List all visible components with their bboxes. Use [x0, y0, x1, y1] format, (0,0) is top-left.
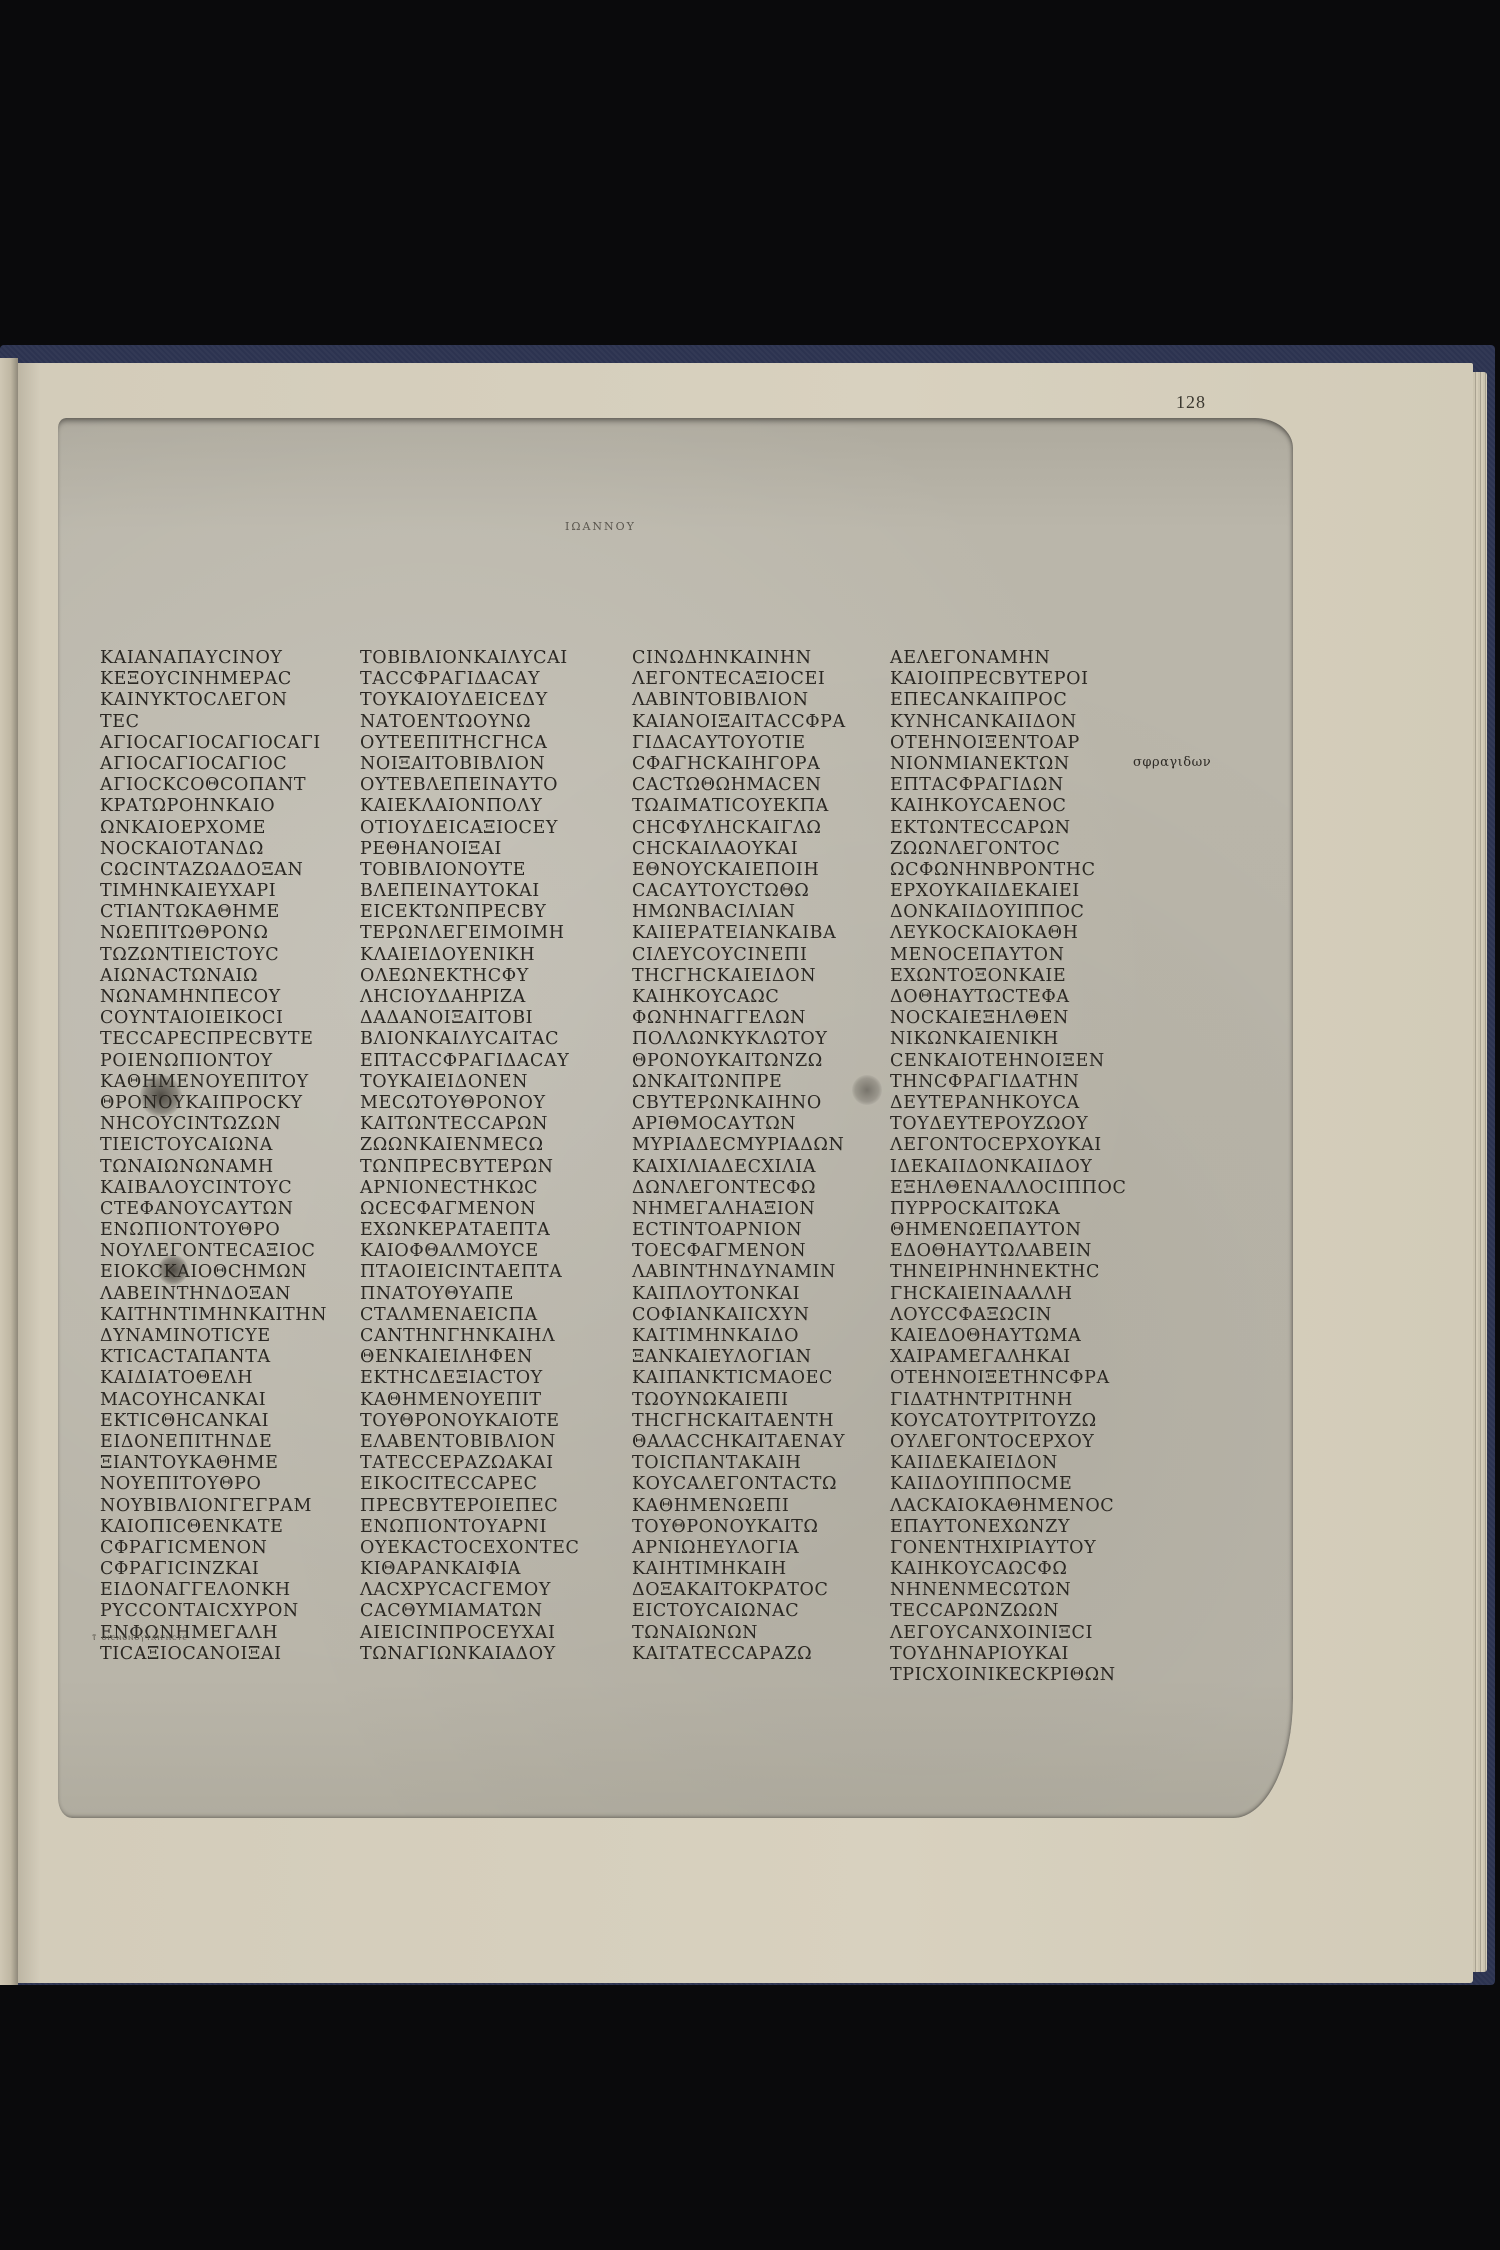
- manuscript-line: ΤΟΕϹΦΑΓΜΕΝΟΝ: [632, 1241, 882, 1262]
- manuscript-line: ΑΡΙΘΜΟϹΑΥΤΩΝ: [632, 1114, 882, 1135]
- manuscript-line: ΞΑΝΚΑΙΕΥΛΟΓΙΑΝ: [632, 1347, 882, 1368]
- manuscript-line: ΙΔΕΚΑΙΙΔΟΝΚΑΙΙΔΟΥ: [890, 1157, 1140, 1178]
- manuscript-line: ΤΟΒΙΒΛΙΟΝΟΥΤΕ: [360, 860, 610, 881]
- manuscript-line: ΚΟΥϹΑΤΟΥΤΡΙΤΟΥΖΩ: [890, 1411, 1140, 1432]
- manuscript-line: ΜΕΝΟϹΕΠΑΥΤΟΝ: [890, 945, 1140, 966]
- manuscript-line: ΕΚΤΗϹΔΕΞΙΑϹΤΟΥ: [360, 1368, 610, 1389]
- manuscript-line: ΑΕΛΕΓΟΝΑΜΗΝ: [890, 648, 1140, 669]
- manuscript-line: ΕΘΝΟΥϹΚΑΙΕΠΟΙΗ: [632, 860, 882, 881]
- manuscript-line: ΠΤΑΟΙΕΙϹΙΝΤΑΕΠΤΑ: [360, 1262, 610, 1283]
- manuscript-line: ΤΩΝΠΡΕϹΒΥΤΕΡΩΝ: [360, 1157, 610, 1178]
- manuscript-line: ΟΥΤΕΕΠΙΤΗϹΓΗϹΑ: [360, 733, 610, 754]
- manuscript-line: ΝΙΚΩΝΚΑΙΕΝΙΚΗ: [890, 1029, 1140, 1050]
- manuscript-line: ΜΑϹΟΥΗϹΑΝΚΑΙ: [100, 1390, 350, 1411]
- manuscript-line: ΘΡΟΝΟΥΚΑΙΤΩΝΖΩ: [632, 1051, 882, 1072]
- manuscript-line: ϹΟΦΙΑΝΚΑΙΙϹΧΥΝ: [632, 1305, 882, 1326]
- manuscript-line: ΛΕΓΟΝΤΟϹΕΡΧΟΥΚΑΙ: [890, 1135, 1140, 1156]
- manuscript-line: ΟΛΕΩΝΕΚΤΗϹΦΥ: [360, 966, 610, 987]
- manuscript-line: ΠΡΕϹΒΥΤΕΡΟΙΕΠΕϹ: [360, 1496, 610, 1517]
- manuscript-line: ΚΥΝΗϹΑΝΚΑΙΙΔΟΝ: [890, 712, 1140, 733]
- manuscript-line: ΚΑΙΕΔΟΘΗΑΥΤΩΜΑ: [890, 1326, 1140, 1347]
- manuscript-line: ΕΝΩΠΙΟΝΤΟΥΘΡΟ: [100, 1220, 350, 1241]
- manuscript-line: ΚΑΙΤΗΝΤΙΜΗΝΚΑΙΤΗΝ: [100, 1305, 350, 1326]
- manuscript-line: ΚΑΙΝΥΚΤΟϹΛΕΓΟΝ: [100, 690, 350, 711]
- manuscript-line: ΓΙΔΑϹΑΥΤΟΥΟΤΙΕ: [632, 733, 882, 754]
- manuscript-line: ΝΟΥΒΙΒΛΙΟΝΓΕΓΡΑΜ: [100, 1496, 350, 1517]
- text-column-2: ΤΟΒΙΒΛΙΟΝΚΑΙΛΥϹΑΙΤΑϹϹΦΡΑΓΙΔΑϹΑΥΤΟΥΚΑΙΟΥΔ…: [360, 648, 610, 1665]
- manuscript-line: ΤΗϹΓΗϹΚΑΙΤΑΕΝΤΗ: [632, 1411, 882, 1432]
- manuscript-line: ΞΙΑΝΤΟΥΚΑΘΗΜΕ: [100, 1453, 350, 1474]
- manuscript-line: ΚΑΙΑΝΑΠΑΥϹΙΝΟΥ: [100, 648, 350, 669]
- manuscript-line: ϹΤΑΛΜΕΝΑΕΙϹΠΑ: [360, 1305, 610, 1326]
- manuscript-line: ΛΑΒΙΝΤΗΝΔΥΝΑΜΙΝ: [632, 1262, 882, 1283]
- manuscript-line: ΡΥϹϹΟΝΤΑΙϹΧΥΡΟΝ: [100, 1601, 350, 1622]
- manuscript-line: ΟΤΕΗΝΟΙΞΕΝΤΟΑΡ: [890, 733, 1140, 754]
- manuscript-line: ΛΑϹΧΡΥϹΑϹΓΕΜΟΥ: [360, 1580, 610, 1601]
- manuscript-line: ΝΙΟΝΜΙΑΝΕΚΤΩΝ: [890, 754, 1140, 775]
- manuscript-line: ϹΑΝΤΗΝΓΗΝΚΑΙΗΛ: [360, 1326, 610, 1347]
- ink-blot-stain: [852, 1075, 882, 1105]
- ink-blot-stain: [158, 1255, 188, 1285]
- manuscript-line: ϹΤΕΦΑΝΟΥϹΑΥΤΩΝ: [100, 1199, 350, 1220]
- manuscript-line: ΘΗΜΕΝΩΕΠΑΥΤΟΝ: [890, 1220, 1140, 1241]
- manuscript-line: ΓΗϹΚΑΙΕΙΝΑΑΛΛΗ: [890, 1284, 1140, 1305]
- manuscript-line: ΝΩΝΑΜΗΝΠΕϹΟΥ: [100, 987, 350, 1008]
- manuscript-line: ΕΙΔΟΝΕΠΙΤΗΝΔΕ: [100, 1432, 350, 1453]
- manuscript-line: ΕΚΤΩΝΤΕϹϹΑΡΩΝ: [890, 818, 1140, 839]
- manuscript-line: ΕΛΑΒΕΝΤΟΒΙΒΛΙΟΝ: [360, 1432, 610, 1453]
- manuscript-line: ΛΕΓΟΝΤΕϹΑΞΙΟϹΕΙ: [632, 669, 882, 690]
- manuscript-line: ΗΜΩΝΒΑϹΙΛΙΑΝ: [632, 902, 882, 923]
- manuscript-line: ΤΗϹΓΗϹΚΑΙΕΙΔΟΝ: [632, 966, 882, 987]
- manuscript-line: ΕΧΩΝΤΟΞΟΝΚΑΙΕ: [890, 966, 1140, 987]
- manuscript-line: ΛΑΒΙΝΤΟΒΙΒΛΙΟΝ: [632, 690, 882, 711]
- manuscript-line: ΤΙΕΙϹΤΟΥϹΑΙΩΝΑ: [100, 1135, 350, 1156]
- text-column-3: ϹΙΝΩΔΗΝΚΑΙΝΗΝΛΕΓΟΝΤΕϹΑΞΙΟϹΕΙΛΑΒΙΝΤΟΒΙΒΛΙ…: [632, 648, 882, 1665]
- page-number: 128: [1176, 392, 1206, 413]
- manuscript-line: ΑΙΕΙϹΙΝΠΡΟϹΕΥΧΑΙ: [360, 1623, 610, 1644]
- manuscript-line: ΚΑΙΟΠΙϹΘΕΝΚΑΤΕ: [100, 1517, 350, 1538]
- manuscript-line: ΔΟΝΚΑΙΙΔΟΥΙΠΠΟϹ: [890, 902, 1140, 923]
- manuscript-line: ΧΑΙΡΑΜΕΓΑΛΗΚΑΙ: [890, 1347, 1140, 1368]
- manuscript-line: ΘΡΟΝΟΥΚΑΙΠΡΟϹΚΥ: [100, 1093, 350, 1114]
- manuscript-line: ΕΙϹΤΟΥϹΑΙΩΝΑϹ: [632, 1601, 882, 1622]
- manuscript-line: ϹΙΛΕΥϹΟΥϹΙΝΕΠΙ: [632, 945, 882, 966]
- manuscript-line: ΕΙΔΟΝΑΓΓΕΛΟΝΚΗ: [100, 1580, 350, 1601]
- running-title: ΙΩΑΝΝΟΥ: [565, 520, 636, 533]
- manuscript-line: ΕΠΕϹΑΝΚΑΙΠΡΟϹ: [890, 690, 1140, 711]
- manuscript-line: ΔΟΘΗΑΥΤΩϹΤΕΦΑ: [890, 987, 1140, 1008]
- manuscript-line: ΕϹΤΙΝΤΟΑΡΝΙΟΝ: [632, 1220, 882, 1241]
- manuscript-line: ΤΟΥΚΑΙΕΙΔΟΝΕΝ: [360, 1072, 610, 1093]
- manuscript-line: ΤΩΟΥΝΩΚΑΙΕΠΙ: [632, 1390, 882, 1411]
- manuscript-line: ΝΗΝΕΝΜΕϹΩΤΩΝ: [890, 1580, 1140, 1601]
- manuscript-line: ΤΕϹϹΑΡΕϹΠΡΕϹΒΥΤΕ: [100, 1029, 350, 1050]
- manuscript-line: ΤΩΝΑΙΩΝΩΝ: [632, 1623, 882, 1644]
- manuscript-line: ΤΕΡΩΝΛΕΓΕΙΜΟΙΜΗ: [360, 923, 610, 944]
- manuscript-line: ΚΑΙΕΚΛΑΙΟΝΠΟΛΥ: [360, 796, 610, 817]
- manuscript-line: ϹΑϹΘΥΜΙΑΜΑΤΩΝ: [360, 1601, 610, 1622]
- manuscript-line: ΤΩΑΙΜΑΤΙϹΟΥΕΚΠΑ: [632, 796, 882, 817]
- manuscript-line: ΜΥΡΙΑΔΕϹΜΥΡΙΑΔΩΝ: [632, 1135, 882, 1156]
- manuscript-line: ΤΩΝΑΓΙΩΝΚΑΙΑΔΟΥ: [360, 1644, 610, 1665]
- manuscript-line: ΑΙΩΝΑϹΤΩΝΑΙΩ: [100, 966, 350, 987]
- manuscript-line: ϹΙΝΩΔΗΝΚΑΙΝΗΝ: [632, 648, 882, 669]
- manuscript-line: ΓΙΔΑΤΗΝΤΡΙΤΗΝΗ: [890, 1390, 1140, 1411]
- manuscript-line: ΚΑΙΗΚΟΥϹΑΕΝΟϹ: [890, 796, 1140, 817]
- manuscript-line: ΕΙΟΚϹΚΑΙΟΘϹΗΜΩΝ: [100, 1262, 350, 1283]
- manuscript-line: ΛΗϹΙΟΥΔΑΗΡΙΖΑ: [360, 987, 610, 1008]
- manuscript-line: ΤΙΜΗΝΚΑΙΕΥΧΑΡΙ: [100, 881, 350, 902]
- manuscript-line: ΩΝΚΑΙΟΕΡΧΟΜΕ: [100, 818, 350, 839]
- manuscript-line: ΚΑΙΒΑΛΟΥϹΙΝΤΟΥϹ: [100, 1178, 350, 1199]
- manuscript-line: ϹΑϹΤΩΘΩΗΜΑϹΕΝ: [632, 775, 882, 796]
- text-column-1: ΚΑΙΑΝΑΠΑΥϹΙΝΟΥΚΕΞΟΥϹΙΝΗΜΕΡΑϹΚΑΙΝΥΚΤΟϹΛΕΓ…: [100, 648, 350, 1665]
- manuscript-line: ϹΤΙΑΝΤΩΚΑΘΗΜΕ: [100, 902, 350, 923]
- manuscript-line: ϹΦΡΑΓΙϹΙΝΖΚΑΙ: [100, 1559, 350, 1580]
- manuscript-line: ΤΕϹϹΑΡΩΝΖΩΩΝ: [890, 1601, 1140, 1622]
- manuscript-line: ΤΕϹ: [100, 712, 350, 733]
- manuscript-line: ΚΕΞΟΥϹΙΝΗΜΕΡΑϹ: [100, 669, 350, 690]
- ink-blot-stain: [140, 1075, 182, 1117]
- manuscript-line: ΟΤΙΟΥΔΕΙϹΑΞΙΟϹΕΥ: [360, 818, 610, 839]
- manuscript-line: ΑΓΙΟϹΚϹΟΘϹΟΠΑΝΤ: [100, 775, 350, 796]
- manuscript-line: ΕΙΚΟϹΙΤΕϹϹΑΡΕϹ: [360, 1474, 610, 1495]
- manuscript-line: ΘΕΝΚΑΙΕΙΛΗΦΕΝ: [360, 1347, 610, 1368]
- text-column-4: ΑΕΛΕΓΟΝΑΜΗΝΚΑΙΟΙΠΡΕϹΒΥΤΕΡΟΙΕΠΕϹΑΝΚΑΙΠΡΟϹ…: [890, 648, 1140, 1686]
- manuscript-line: ΤΟΙϹΠΑΝΤΑΚΑΙΗ: [632, 1453, 882, 1474]
- manuscript-line: ΝΟΙΞΑΙΤΟΒΙΒΛΙΟΝ: [360, 754, 610, 775]
- manuscript-line: ΛΕΥΚΟϹΚΑΙΟΚΑΘΗ: [890, 923, 1140, 944]
- manuscript-line: ΕΙϹΕΚΤΩΝΠΡΕϹΒΥ: [360, 902, 610, 923]
- manuscript-line: ΛΟΥϹϹΦΑΞΩϹΙΝ: [890, 1305, 1140, 1326]
- manuscript-line: ΚΛΑΙΕΙΔΟΥΕΝΙΚΗ: [360, 945, 610, 966]
- manuscript-line: ϹΗϹΦΥΛΗϹΚΑΙΓΛΩ: [632, 818, 882, 839]
- manuscript-line: ΛΑϹΚΑΙΟΚΑΘΗΜΕΝΟϹ: [890, 1496, 1140, 1517]
- footnote-annotation: ⲧ̃ ⲟⲓⲉⲛⲟⲛⲟⲩⲧⲁⲓⲅⲏⲥⲧⲉ: [92, 1632, 188, 1643]
- manuscript-line: ΤΩΖΩΝΤΙΕΙϹΤΟΥϹ: [100, 945, 350, 966]
- manuscript-line: ΩϹΦΩΝΗΝΒΡΟΝΤΗϹ: [890, 860, 1140, 881]
- manuscript-line: ΡΟΙΕΝΩΠΙΟΝΤΟΥ: [100, 1051, 350, 1072]
- manuscript-line: ΚΑΘΗΜΕΝΩΕΠΙ: [632, 1496, 882, 1517]
- manuscript-line: ΖΩΩΝΚΑΙΕΝΜΕϹΩ: [360, 1135, 610, 1156]
- manuscript-line: ΚΑΙΤΩΝΤΕϹϹΑΡΩΝ: [360, 1114, 610, 1135]
- manuscript-line: ΕΠΤΑϹϹΦΡΑΓΙΔΑϹΑΥ: [360, 1051, 610, 1072]
- manuscript-line: ΔΕΥΤΕΡΑΝΗΚΟΥϹΑ: [890, 1093, 1140, 1114]
- manuscript-line: ΟΥΤΕΒΛΕΠΕΙΝΑΥΤΟ: [360, 775, 610, 796]
- manuscript-line: ΤΗΝϹΦΡΑΓΙΔΑΤΗΝ: [890, 1072, 1140, 1093]
- manuscript-line: ΒΛΕΠΕΙΝΑΥΤΟΚΑΙ: [360, 881, 610, 902]
- manuscript-line: ΕΧΩΝΚΕΡΑΤΑΕΠΤΑ: [360, 1220, 610, 1241]
- manuscript-line: ΚΑΙΟΦΘΑΛΜΟΥϹΕ: [360, 1241, 610, 1262]
- manuscript-line: ΤΟΥΘΡΟΝΟΥΚΑΙΟΤΕ: [360, 1411, 610, 1432]
- manuscript-line: ΚΑΙΗΚΟΥϹΑΩϹ: [632, 987, 882, 1008]
- manuscript-line: ΠΟΛΛΩΝΚΥΚΛΩΤΟΥ: [632, 1029, 882, 1050]
- manuscript-line: ΚΑΙΤΑΤΕϹϹΑΡΑΖΩ: [632, 1644, 882, 1665]
- manuscript-line: ΩΝΚΑΙΤΩΝΠΡΕ: [632, 1072, 882, 1093]
- manuscript-line: ΝΟΥΛΕΓΟΝΤΕϹΑΞΙΟϹ: [100, 1241, 350, 1262]
- manuscript-line: ΤΟΥΚΑΙΟΥΔΕΙϹΕΔΥ: [360, 690, 610, 711]
- manuscript-line: ΩϹΕϹΦΑΓΜΕΝΟΝ: [360, 1199, 610, 1220]
- manuscript-line: ΚΑΙΔΙΑΤΟΘΕΛΗ: [100, 1368, 350, 1389]
- manuscript-line: ΒΛΙΟΝΚΑΙΛΥϹΑΙΤΑϹ: [360, 1029, 610, 1050]
- manuscript-line: ΕΝΩΠΙΟΝΤΟΥΑΡΝΙ: [360, 1517, 610, 1538]
- page-stack-edges: [1473, 372, 1487, 1972]
- manuscript-line: ϹΟΥΝΤΑΙΟΙΕΙΚΟϹΙ: [100, 1008, 350, 1029]
- manuscript-line: ΔΑΔΑΝΟΙΞΑΙΤΟΒΙ: [360, 1008, 610, 1029]
- manuscript-line: ΟΥΕΚΑϹΤΟϹΕΧΟΝΤΕϹ: [360, 1538, 610, 1559]
- manuscript-line: ΚΑΙΙΔΕΚΑΙΕΙΔΟΝ: [890, 1453, 1140, 1474]
- manuscript-line: ΕΠΤΑϹΦΡΑΓΙΔΩΝ: [890, 775, 1140, 796]
- manuscript-line: ΑΡΝΙΩΗΕΥΛΟΓΙΑ: [632, 1538, 882, 1559]
- manuscript-line: ΚΑΙΠΛΟΥΤΟΝΚΑΙ: [632, 1284, 882, 1305]
- manuscript-line: ΕΞΗΛΘΕΝΑΛΛΟϹΙΠΠΟϹ: [890, 1178, 1140, 1199]
- manuscript-line: ΦΩΝΗΝΑΓΓΕΛΩΝ: [632, 1008, 882, 1029]
- left-page-edge: [0, 358, 18, 1985]
- manuscript-line: ΕΡΧΟΥΚΑΙΙΔΕΚΑΙΕΙ: [890, 881, 1140, 902]
- manuscript-line: ΖΩΩΝΛΕΓΟΝΤΟϹ: [890, 839, 1140, 860]
- manuscript-line: ΚΑΙΗΚΟΥϹΑΩϹΦΩ: [890, 1559, 1140, 1580]
- manuscript-line: ΕΠΑΥΤΟΝΕΧΩΝΖΥ: [890, 1517, 1140, 1538]
- manuscript-line: ΤΟΥΔΗΝΑΡΙΟΥΚΑΙ: [890, 1644, 1140, 1665]
- manuscript-line: ΛΕΓΟΥϹΑΝΧΟΙΝΙΞϹΙ: [890, 1623, 1140, 1644]
- manuscript-line: ΑΓΙΟϹΑΓΙΟϹΑΓΙΟϹ: [100, 754, 350, 775]
- manuscript-line: ΚΑΙΗΤΙΜΗΚΑΙΗ: [632, 1559, 882, 1580]
- manuscript-line: ΚΑΙΧΙΛΙΑΔΕϹΧΙΛΙΑ: [632, 1157, 882, 1178]
- manuscript-line: ϹΩϹΙΝΤΑΖΩΑΔΟΞΑΝ: [100, 860, 350, 881]
- manuscript-line: ΚΙΘΑΡΑΝΚΑΙΦΙΑ: [360, 1559, 610, 1580]
- manuscript-line: ΤΡΙϹΧΟΙΝΙΚΕϹΚΡΙΘΩΝ: [890, 1665, 1140, 1686]
- manuscript-line: ΠΥΡΡΟϹΚΑΙΤΩΚΑ: [890, 1199, 1140, 1220]
- manuscript-line: ΤΟΒΙΒΛΙΟΝΚΑΙΛΥϹΑΙ: [360, 648, 610, 669]
- manuscript-line: ΤΟΥΔΕΥΤΕΡΟΥΖΩΟΥ: [890, 1114, 1140, 1135]
- manuscript-line: ΤΟΥΘΡΟΝΟΥΚΑΙΤΩ: [632, 1517, 882, 1538]
- manuscript-line: ΤΙϹΑΞΙΟϹΑΝΟΙΞΑΙ: [100, 1644, 350, 1665]
- manuscript-line: ΝΩΕΠΙΤΩΘΡΟΝΩ: [100, 923, 350, 944]
- manuscript-line: ΤΑΤΕϹϹΕΡΑΖΩΑΚΑΙ: [360, 1453, 610, 1474]
- manuscript-line: ϹΕΝΚΑΙΟΤΕΗΝΟΙΞΕΝ: [890, 1051, 1140, 1072]
- manuscript-line: ΝΑΤΟΕΝΤΩΟΥΝΩ: [360, 712, 610, 733]
- manuscript-line: ΝΗΜΕΓΑΛΗΑΞΙΟΝ: [632, 1199, 882, 1220]
- manuscript-line: ΕΚΤΙϹΘΗϹΑΝΚΑΙ: [100, 1411, 350, 1432]
- manuscript-line: ΚΟΥϹΑΛΕΓΟΝΤΑϹΤΩ: [632, 1474, 882, 1495]
- manuscript-line: ϹΗϹΚΑΙΛΑΟΥΚΑΙ: [632, 839, 882, 860]
- manuscript-line: ΚΑΙΑΝΟΙΞΑΙΤΑϹϹΦΡΑ: [632, 712, 882, 733]
- manuscript-line: ΡΕΘΗΑΝΟΙΞΑΙ: [360, 839, 610, 860]
- marginal-note: σφραγιδων: [1133, 755, 1211, 770]
- manuscript-line: ΝΗϹΟΥϹΙΝΤΩΖΩΝ: [100, 1114, 350, 1135]
- manuscript-line: ΚΑΙΤΙΜΗΝΚΑΙΔΟ: [632, 1326, 882, 1347]
- manuscript-line: ΔΥΝΑΜΙΝΟΤΙϹΥΕ: [100, 1326, 350, 1347]
- manuscript-line: ΓΟΝΕΝΤΗΧΙΡΙΑΥΤΟΥ: [890, 1538, 1140, 1559]
- manuscript-line: ΑΡΝΙΟΝΕϹΤΗΚΩϹ: [360, 1178, 610, 1199]
- manuscript-line: ΝΟϹΚΑΙΕΞΗΛΘΕΝ: [890, 1008, 1140, 1029]
- manuscript-line: ΚΑΘΗΜΕΝΟΥΕΠΙΤ: [360, 1390, 610, 1411]
- manuscript-line: ΕΔΟΘΗΑΥΤΩΛΑΒΕΙΝ: [890, 1241, 1140, 1262]
- manuscript-line: ΜΕϹΩΤΟΥΘΡΟΝΟΥ: [360, 1093, 610, 1114]
- manuscript-line: ΠΝΑΤΟΥΘΥΑΠΕ: [360, 1284, 610, 1305]
- manuscript-line: ϹΦΑΓΗϹΚΑΙΗΓΟΡΑ: [632, 754, 882, 775]
- manuscript-line: ΔΟΞΑΚΑΙΤΟΚΡΑΤΟϹ: [632, 1580, 882, 1601]
- manuscript-line: ΝΟΥΕΠΙΤΟΥΘΡΟ: [100, 1474, 350, 1495]
- manuscript-line: ΔΩΝΛΕΓΟΝΤΕϹΦΩ: [632, 1178, 882, 1199]
- manuscript-line: ΚΤΙϹΑϹΤΑΠΑΝΤΑ: [100, 1347, 350, 1368]
- manuscript-line: ΤΑϹϹΦΡΑΓΙΔΑϹΑΥ: [360, 669, 610, 690]
- manuscript-line: ΝΟϹΚΑΙΟΤΑΝΔΩ: [100, 839, 350, 860]
- manuscript-line: ΚΑΙΙΕΡΑΤΕΙΑΝΚΑΙΒΑ: [632, 923, 882, 944]
- manuscript-line: ΑΓΙΟϹΑΓΙΟϹΑΓΙΟϹΑΓΙ: [100, 733, 350, 754]
- manuscript-line: ΚΑΘΗΜΕΝΟΥΕΠΙΤΟΥ: [100, 1072, 350, 1093]
- manuscript-line: ϹΦΡΑΓΙϹΜΕΝΟΝ: [100, 1538, 350, 1559]
- manuscript-line: ΚΡΑΤΩΡΟΗΝΚΑΙΟ: [100, 796, 350, 817]
- manuscript-line: ΚΑΙΟΙΠΡΕϹΒΥΤΕΡΟΙ: [890, 669, 1140, 690]
- manuscript-line: ΤΗΝΕΙΡΗΝΗΝΕΚΤΗϹ: [890, 1262, 1140, 1283]
- manuscript-line: ϹΑϹΑΥΤΟΥϹΤΩΘΩ: [632, 881, 882, 902]
- manuscript-line: ΤΩΝΑΙΩΝΩΝΑΜΗ: [100, 1157, 350, 1178]
- manuscript-line: ΚΑΙΠΑΝΚΤΙϹΜΑΟΕϹ: [632, 1368, 882, 1389]
- manuscript-line: ΘΑΛΑϹϹΗΚΑΙΤΑΕΝΑΥ: [632, 1432, 882, 1453]
- manuscript-line: ϹΒΥΤΕΡΩΝΚΑΙΗΝΟ: [632, 1093, 882, 1114]
- manuscript-line: ΚΑΙΙΔΟΥΙΠΠΟϹΜΕ: [890, 1474, 1140, 1495]
- manuscript-line: ΟΥΛΕΓΟΝΤΟϹΕΡΧΟΥ: [890, 1432, 1140, 1453]
- manuscript-line: ΟΤΕΗΝΟΙΞΕΤΗΝϹΦΡΑ: [890, 1368, 1140, 1389]
- manuscript-line: ΛΑΒΕΙΝΤΗΝΔΟΞΑΝ: [100, 1284, 350, 1305]
